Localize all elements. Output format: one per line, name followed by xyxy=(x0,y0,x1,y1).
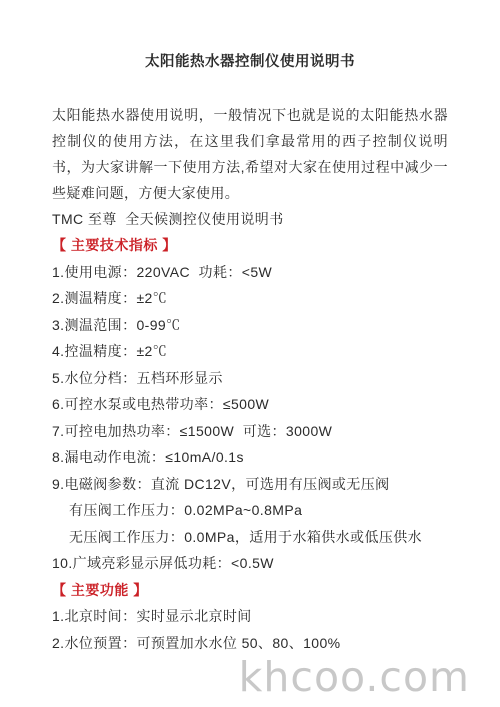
function-item-water-level-preset: 2.水位预置：可预置加水水位 50、80、100% xyxy=(52,630,448,657)
spec-item-leakage-current: 8.漏电动作电流：≤10mA/0.1s xyxy=(52,444,448,471)
spec-item-temp-accuracy: 2.测温精度：±2℃ xyxy=(52,285,448,312)
watermark: khcoo.com xyxy=(239,653,470,701)
spec-item-pump-power: 6.可控水泵或电热带功率：≤500W xyxy=(52,391,448,418)
spec-item-pressure-valve: 有压阀工作压力：0.02MPa~0.8MPa xyxy=(52,497,448,524)
spec-item-solenoid-valve: 9.电磁阀参数：直流 DC12V，可选用有压阀或无压阀 xyxy=(52,471,448,498)
section-heading-main-functions: 【 主要功能 】 xyxy=(52,577,448,604)
spec-item-display-power: 10.广域亮彩显示屏低功耗：<0.5W xyxy=(52,550,448,577)
product-subtitle: TMC 至尊 全天候测控仪使用说明书 xyxy=(52,206,448,232)
intro-paragraph: 太阳能热水器使用说明，一般情况下也就是说的太阳能热水器控制仪的使用方法，在这里我… xyxy=(52,102,448,206)
function-item-beijing-time: 1.北京时间：实时显示北京时间 xyxy=(52,603,448,630)
spec-item-temp-control-accuracy: 4.控温精度：±2℃ xyxy=(52,338,448,365)
spec-item-power-supply: 1.使用电源：220VAC 功耗：<5W xyxy=(52,259,448,286)
spec-item-heating-power: 7.可控电加热功率：≤1500W 可选：3000W xyxy=(52,418,448,445)
spec-item-water-level: 5.水位分档：五档环形显示 xyxy=(52,365,448,392)
spec-item-temp-range: 3.测温范围：0-99℃ xyxy=(52,312,448,339)
section-heading-tech-specs: 【 主要技术指标 】 xyxy=(52,232,448,259)
page-title: 太阳能热水器控制仪使用说明书 xyxy=(52,50,448,71)
spec-item-no-pressure-valve: 无压阀工作压力：0.0MPa，适用于水箱供水或低压供水 xyxy=(52,524,448,551)
manual-document-page: 太阳能热水器控制仪使用说明书 太阳能热水器使用说明，一般情况下也就是说的太阳能热… xyxy=(0,0,500,707)
